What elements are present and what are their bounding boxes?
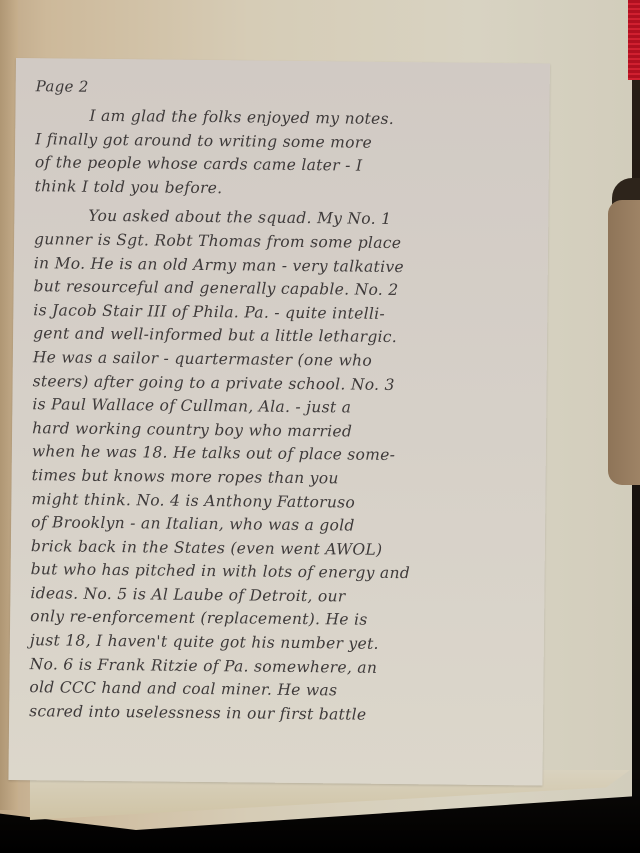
red-object: [628, 0, 640, 80]
letter-page: Page 2 I am glad the folks enjoyed my no…: [8, 58, 550, 786]
page-label: Page 2: [36, 74, 546, 103]
paragraph-2: You asked about the squad. My No. 1 gunn…: [29, 205, 544, 729]
letter-text: Page 2 I am glad the folks enjoyed my no…: [29, 74, 546, 729]
paragraph-1: I am glad the folks enjoyed my notes. I …: [35, 104, 546, 204]
folder-side-tab: [608, 200, 640, 485]
text-line: scared into uselessness in our first bat…: [29, 700, 539, 729]
